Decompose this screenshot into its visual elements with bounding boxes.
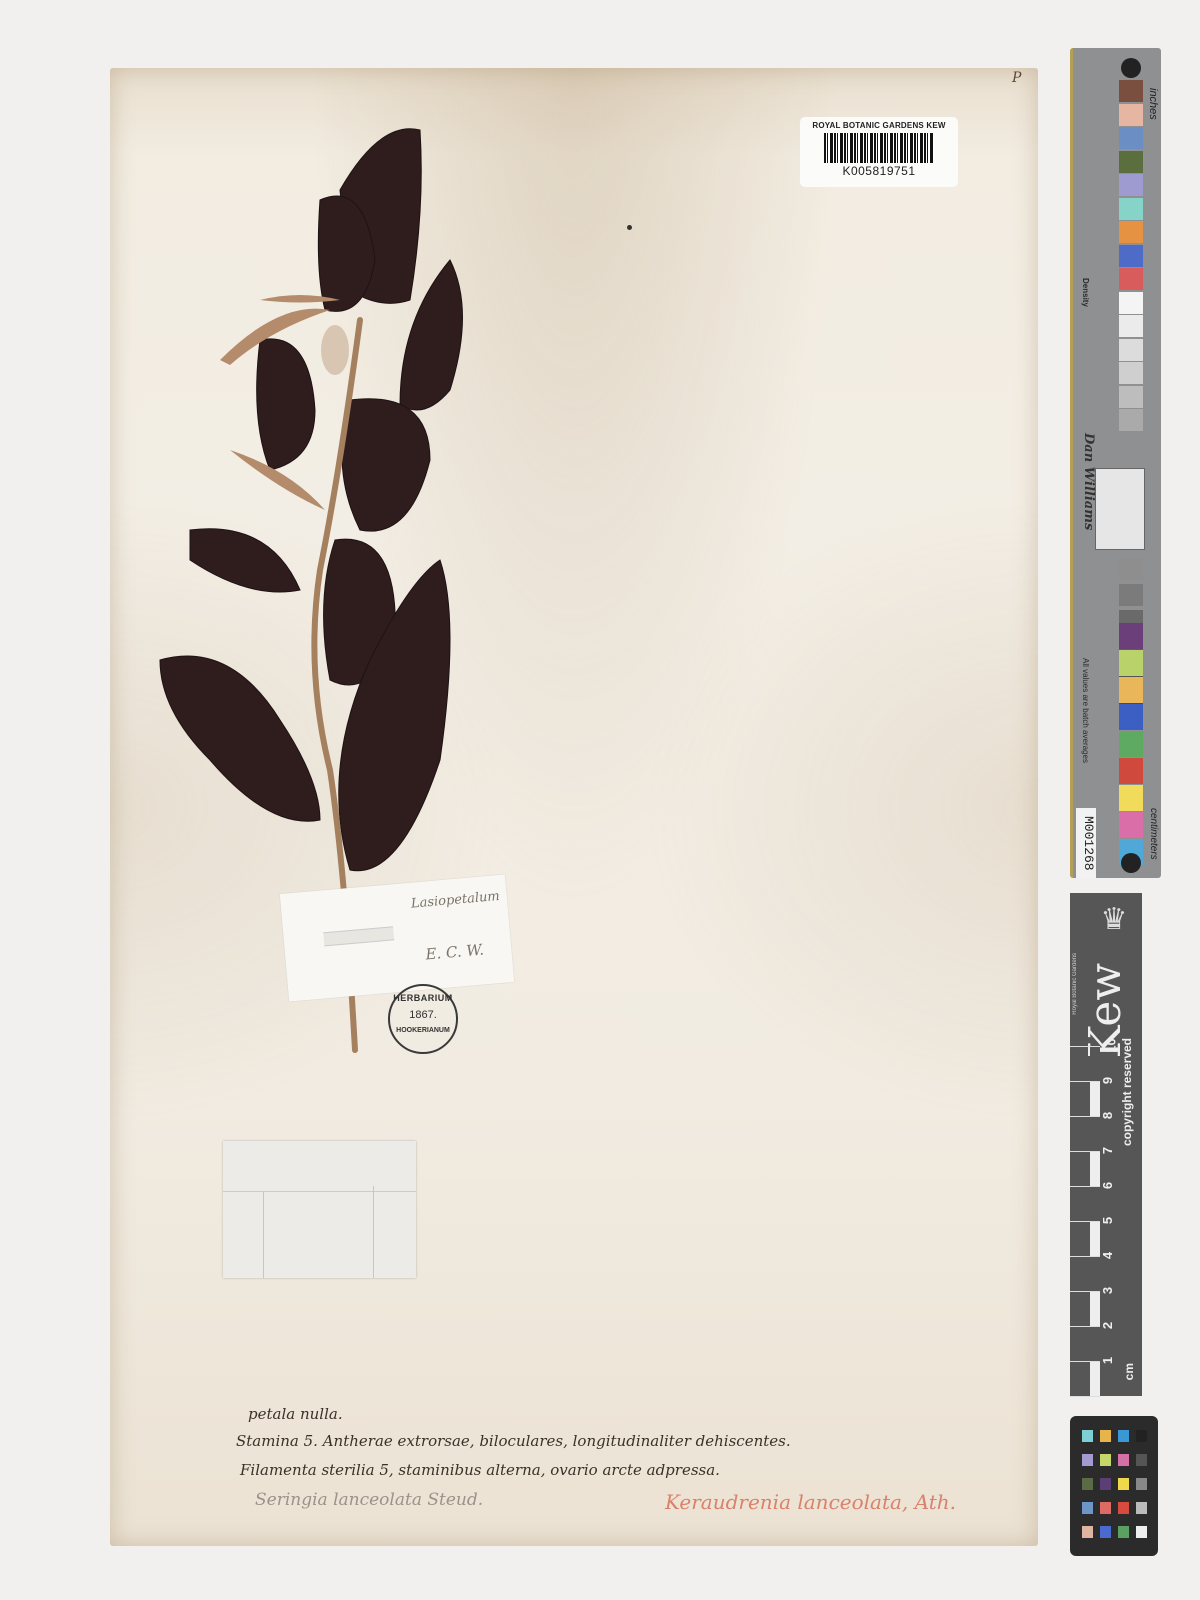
scale-tick [1070,1326,1100,1327]
color-swatch [1119,127,1143,149]
color-swatch [1119,151,1143,173]
color-swatch [1119,362,1143,384]
annotation-line-3: Filamenta sterilia 5, staminibus alterna… [240,1461,720,1479]
color-swatch [1119,731,1143,757]
color-swatch [1119,812,1143,838]
ruler-gray-target [1095,468,1145,550]
checker-chip [1118,1526,1129,1538]
stamp-top-text: HERBARIUM [390,993,456,1003]
scale-number: 1 [1100,1357,1115,1364]
scale-tick [1070,1186,1100,1187]
color-swatch [1119,104,1143,126]
scale-number: 7 [1100,1147,1115,1154]
checker-chip [1100,1454,1111,1466]
color-swatch [1119,174,1143,196]
checker-gray-chip [1136,1454,1147,1466]
scale-tick [1070,1221,1100,1222]
color-swatch [1119,221,1143,243]
scale-block [1090,1291,1100,1326]
scale-tick [1070,1151,1100,1152]
color-swatch [1119,650,1143,676]
scale-tick [1070,1291,1100,1292]
slip-slot [323,926,394,946]
scale-tick [1070,1361,1100,1362]
barcode-icon [824,133,934,163]
checker-chip [1100,1478,1111,1490]
color-swatch [1119,268,1143,290]
ruler-note: All values are batch averages [1081,658,1090,763]
royal-crest-icon: ♛ [1094,899,1134,941]
slip-initials: E. C. W. [425,941,485,964]
scale-tick [1070,1256,1100,1257]
scale-block [1090,1256,1100,1291]
ruler-brand: Dan Williams [1081,433,1096,530]
scale-number: 4 [1100,1252,1115,1259]
checker-gray-chip [1136,1502,1147,1514]
color-ruler: inches Density Dan Williams All values a… [1070,48,1161,878]
ruler-id: M001268 [1076,808,1096,878]
color-swatch [1119,80,1143,102]
checker-chip [1118,1502,1129,1514]
checker-gray-chip [1136,1430,1147,1442]
scale-block [1090,1081,1100,1116]
kew-unit: cm [1122,1363,1136,1380]
scale-number: 10 [1104,1038,1119,1052]
annotation-line-2: Stamina 5. Antherae extrorsae, bilocular… [236,1432,791,1450]
checker-chip [1118,1430,1129,1442]
scale-block [1090,1361,1100,1396]
scale-number: 3 [1100,1287,1115,1294]
scale-number: 2 [1100,1322,1115,1329]
color-swatch [1119,339,1143,361]
color-swatch [1119,584,1143,606]
kew-scale-bar: ♛ Royal Botanic Gardens Kew 12345678910 … [1070,893,1142,1396]
checker-chip [1082,1430,1093,1442]
stamp-bottom-text: HOOKERIANUM [390,1027,456,1034]
checker-chip [1118,1478,1129,1490]
ruler-units-centimeters: centimeters [1148,808,1159,860]
envelope-fold-right [373,1186,374,1278]
annotation-line-4: Seringia lanceolata Steud. [255,1490,483,1510]
color-swatch [1119,386,1143,408]
color-swatch [1119,758,1143,784]
scale-block [1090,1326,1100,1361]
scale-number: 8 [1100,1112,1115,1119]
color-swatch [1119,245,1143,267]
determination-slip: Lasiopetalum E. C. W. [280,874,515,1001]
color-swatch [1119,677,1143,703]
ruler-units-inches: inches [1147,88,1159,120]
annotation-line-1: petala nulla. [248,1405,343,1423]
color-swatch [1119,315,1143,337]
ruler-density-label: Density [1081,278,1090,307]
scale-block [1090,1151,1100,1186]
checker-chip [1118,1454,1129,1466]
color-swatch [1119,623,1143,649]
checker-gray-chip [1136,1526,1147,1538]
color-swatch [1119,292,1143,314]
checker-chip [1100,1430,1111,1442]
fragment-envelope[interactable] [223,1141,416,1278]
checker-chip [1100,1526,1111,1538]
color-swatch [1119,785,1143,811]
color-swatch [1119,409,1143,431]
envelope-flap [223,1141,416,1192]
barcode-label: ROYAL BOTANIC GARDENS KEW K005819751 [800,117,958,187]
scale-block [1090,1046,1100,1081]
scale-block [1090,1221,1100,1256]
corner-mark: P [1012,70,1021,86]
scale-number: 5 [1100,1217,1115,1224]
kew-copyright: copyright reserved [1120,1038,1134,1146]
kew-subtitle: Royal Botanic Gardens [1072,953,1078,1015]
envelope-fold-left [263,1191,264,1278]
annotation-red-name: Keraudrenia lanceolata, Ath. [665,1490,956,1514]
color-swatch [1119,198,1143,220]
checker-chip [1082,1478,1093,1490]
ink-dot [627,225,632,230]
slip-genus: Lasiopetalum [410,889,500,912]
scale-block [1090,1186,1100,1221]
color-checker [1070,1416,1158,1556]
checker-chip [1100,1502,1111,1514]
ruler-hole-bottom [1121,853,1141,873]
checker-chip [1082,1502,1093,1514]
scale-tick [1070,1081,1100,1082]
scale-tick [1070,1116,1100,1117]
cm-scale: 12345678910 [1070,1037,1100,1396]
stamp-year: 1867. [390,1009,456,1021]
scale-number: 9 [1100,1077,1115,1084]
color-swatch [1119,704,1143,730]
barcode-number: K005819751 [800,164,958,178]
checker-chip [1082,1526,1093,1538]
checker-gray-chip [1136,1478,1147,1490]
checker-chip [1082,1454,1093,1466]
ruler-hole-top [1121,58,1141,78]
color-swatch [1119,558,1143,580]
herbarium-stamp: HERBARIUM 1867. HOOKERIANUM [388,984,458,1054]
scale-number: 6 [1100,1182,1115,1189]
scale-tick [1070,1046,1100,1047]
scale-block [1090,1116,1100,1151]
scale-tick [1070,1396,1100,1397]
barcode-institution: ROYAL BOTANIC GARDENS KEW [800,121,958,130]
